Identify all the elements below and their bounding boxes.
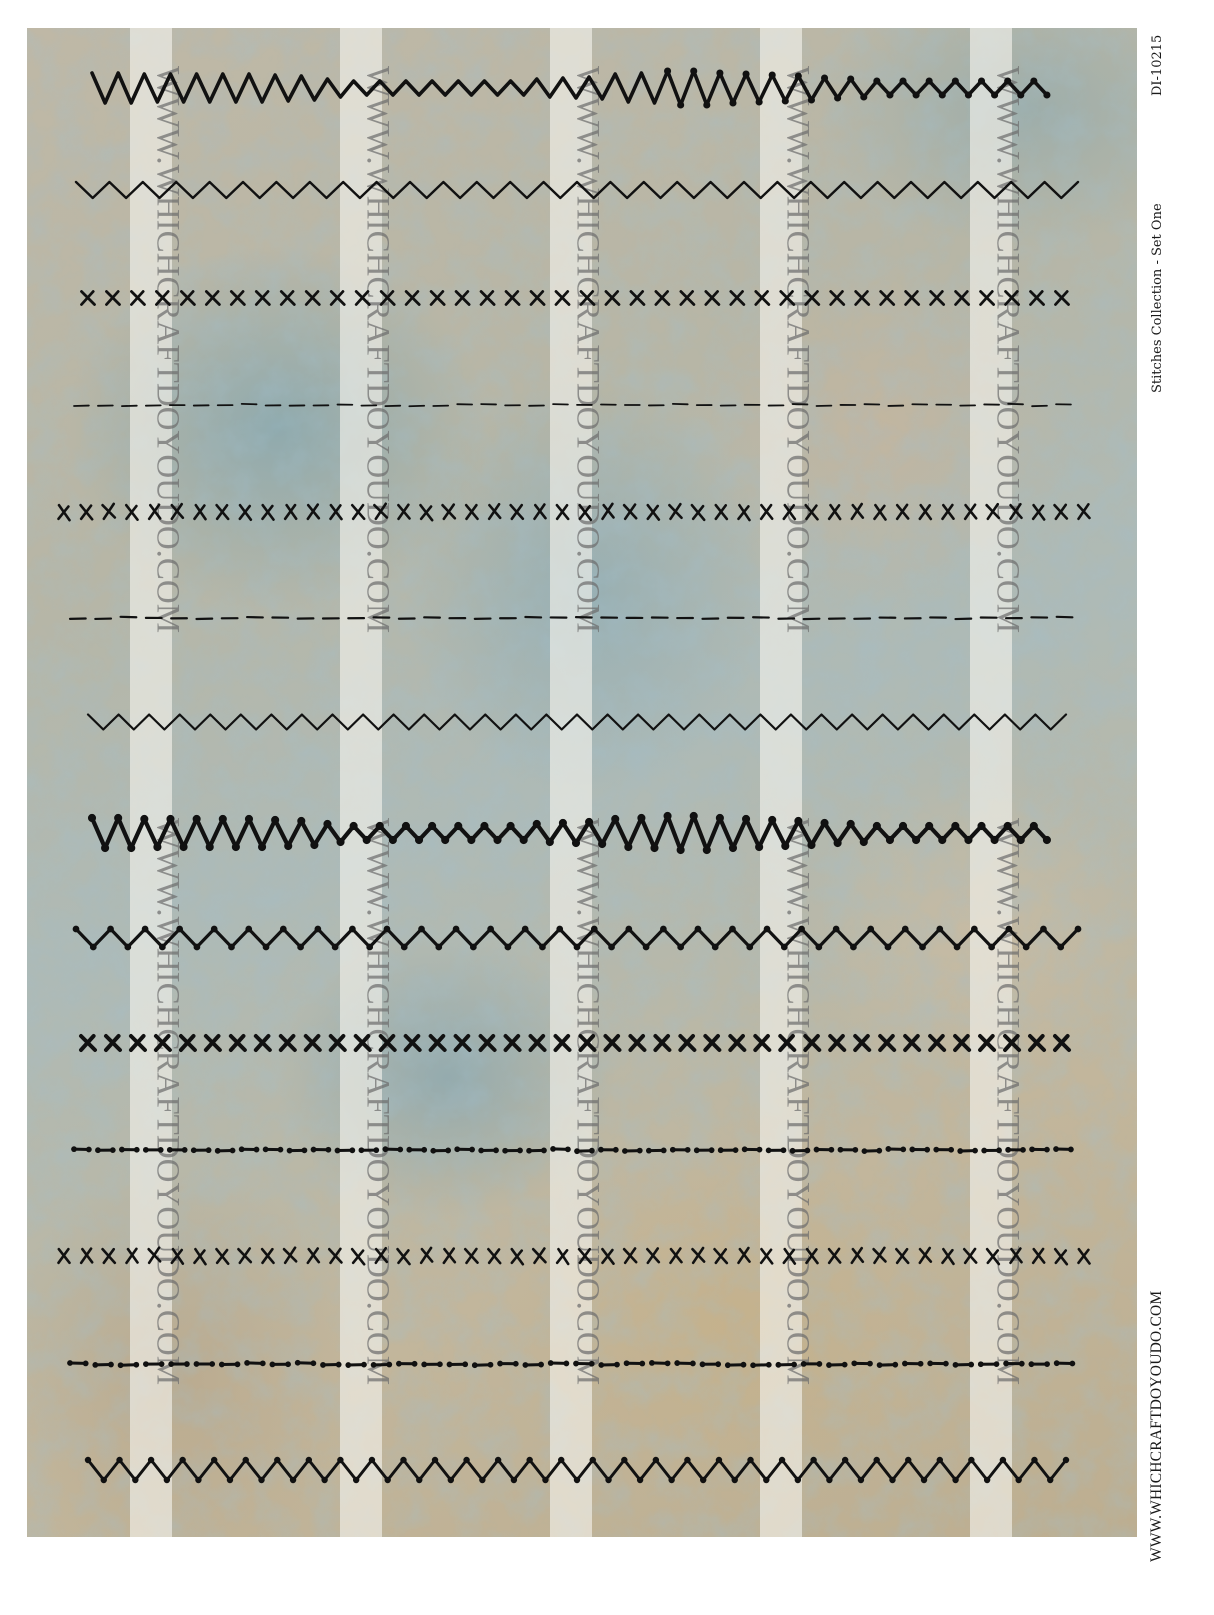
stitch-row: Long running stitch bbox=[70, 617, 1072, 619]
stitch-row: Bold cross stitch bbox=[81, 1036, 1069, 1050]
stitch-row: Zigzag stitch bbox=[76, 182, 1078, 198]
stitch-row: Dotted zigzag stitch bbox=[73, 926, 1081, 950]
stitch-row: Variable zigzag stitch with dotted point… bbox=[88, 812, 1050, 853]
stitch-row: Hand-drawn cross stitch bbox=[59, 1248, 1090, 1265]
stitch-row: Cross stitch (x) bbox=[82, 292, 1069, 305]
stitch-row: Small zigzag stitch bbox=[88, 715, 1066, 730]
document-title: Stitches Collection - Set One bbox=[1150, 203, 1165, 393]
stitch-row: Hand-drawn cross stitch bbox=[59, 504, 1090, 520]
stitch-row: Dotted running stitch bbox=[72, 1147, 1074, 1154]
stitch-rows: Variable zigzag stitch with dotted point… bbox=[0, 0, 1214, 1615]
document-id: DI-10215 bbox=[1150, 35, 1165, 96]
stitch-row: Running stitch (dashes) bbox=[74, 404, 1071, 406]
stitch-row: Variable zigzag stitch with dotted point… bbox=[92, 68, 1050, 108]
stitch-row: Tall dotted zigzag stitch bbox=[85, 1457, 1068, 1482]
stitch-row: Long dotted running stitch bbox=[68, 1360, 1075, 1367]
website-url: WWW.WHICHCRAFTDOYOUDO.COM bbox=[1148, 1291, 1166, 1562]
